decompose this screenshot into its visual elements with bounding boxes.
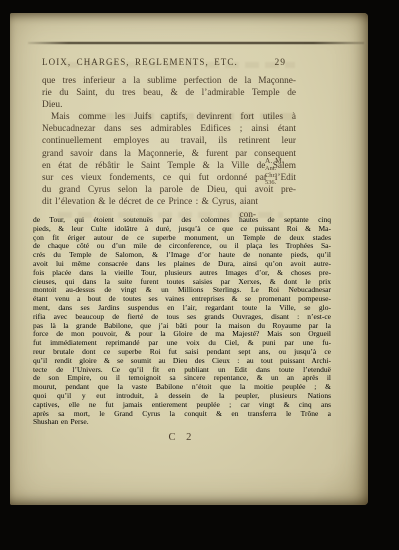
text-line: pas là la grande Babilone, que j’ai bâti… <box>33 322 331 331</box>
paragraph-1: que tres inferieur a la sublime perfecti… <box>42 75 296 111</box>
text-line: cieuses, qui dans la suite furent toutes… <box>33 278 331 287</box>
signature-mark: C 2 <box>33 432 331 443</box>
text-line: fut immédiatement reprimandé par une voi… <box>33 339 331 348</box>
text-line: avoit lui même consacrée dans les plaine… <box>33 260 331 269</box>
text-line: que tres inferieur a la sublime perfecti… <box>42 75 296 87</box>
text-line: crés du Temple de Salomon, & l’Image d’o… <box>33 251 331 260</box>
text-line: après sa mort, le Grand Cyrus la conquit… <box>33 410 331 419</box>
paragraph-2: Mais comme les Juifs captifs, devinrent … <box>42 111 296 208</box>
text-line: captives, elle ne fut jamais entierement… <box>33 401 331 410</box>
text-line: Chr. <box>265 172 299 179</box>
text-line: tecte de l’Univers. Ce qu’il fit en publ… <box>33 366 331 375</box>
text-line: rie du Saint, du tres beau, & de l’admir… <box>42 87 296 99</box>
main-text-block: que tres inferieur a la sublime perfecti… <box>42 75 296 221</box>
text-line: du grand Cyrus selon la parole de Dieu, … <box>42 184 296 196</box>
text-line: étant venu a bout de toutes ses vaines e… <box>33 295 331 304</box>
running-header-title: LOIX, CHARGES, REGLEMENTS, ETC. <box>42 57 238 67</box>
text-line: en état de rébâtir le Saint Temple & la … <box>42 160 296 172</box>
text-line: Ant. <box>265 165 299 172</box>
text-line: Nebucadnezar dans ses admirables Edifice… <box>42 123 296 135</box>
text-line: Mais comme les Juifs captifs, devinrent … <box>42 111 296 123</box>
book-fore-edge <box>368 15 389 503</box>
text-line: ment, dans ses Jardins suspendus en l’ai… <box>33 304 331 313</box>
text-line: rifia avec beaucoup de fierté de tous se… <box>33 313 331 322</box>
text-line: de Tour, qui étoient soutenuës par des c… <box>33 216 331 225</box>
text-line: de son Empire, ou il temoignoit sa since… <box>33 374 331 383</box>
text-line: qu’il rendit gloire & se soumit au Dieu … <box>33 357 331 366</box>
text-line: continuellement employes au travail, ils… <box>42 135 296 147</box>
text-line: de chaque côté ou d’un mile de circonfer… <box>33 242 331 251</box>
text-line: sur ces vieux fondements, ce qui fut ord… <box>42 172 296 184</box>
text-line: grand savoir dans la Maçonnerie, & furen… <box>42 148 296 160</box>
text-line: force de mon pouvoir, & pour la Gloire d… <box>33 330 331 339</box>
book-page-paper: LOIX, CHARGES, REGLEMENTS, ETC. 29 que t… <box>10 13 368 505</box>
running-header: LOIX, CHARGES, REGLEMENTS, ETC. 29 <box>42 57 286 68</box>
page-number: 29 <box>275 58 287 68</box>
text-line: A. M. <box>265 156 299 165</box>
text-line: pieds, & leur Culte idolâtre à duré, jus… <box>33 225 331 234</box>
text-line: reur brutale dont ce superbe Roi fut sai… <box>33 348 331 357</box>
text-line: çon fit ériger autour de ce superbe monu… <box>33 234 331 243</box>
margin-date-note: A. M.Ant.Chr.536. <box>265 156 299 186</box>
text-line: Shushan en Perse. <box>33 418 331 427</box>
text-line: fois placée dans la vieille Tour, plusie… <box>33 269 331 278</box>
text-line: Dieu. <box>42 99 296 111</box>
text-line: mourut, pendant que la vaste Babilone n’… <box>33 383 331 392</box>
scanned-book-page: LOIX, CHARGES, REGLEMENTS, ETC. 29 que t… <box>0 0 399 550</box>
page-top-edge-shadow <box>28 42 364 44</box>
text-line: montoit au-dessus de vingt & un Millions… <box>33 286 331 295</box>
text-line: quoi qu’il y eut introduit, à dessein de… <box>33 392 331 401</box>
footnote-block: de Tour, qui étoient soutenuës par des c… <box>33 216 331 427</box>
text-line: dit l’élevation & le décret de ce Prince… <box>42 196 296 208</box>
text-line: 536. <box>265 179 299 186</box>
